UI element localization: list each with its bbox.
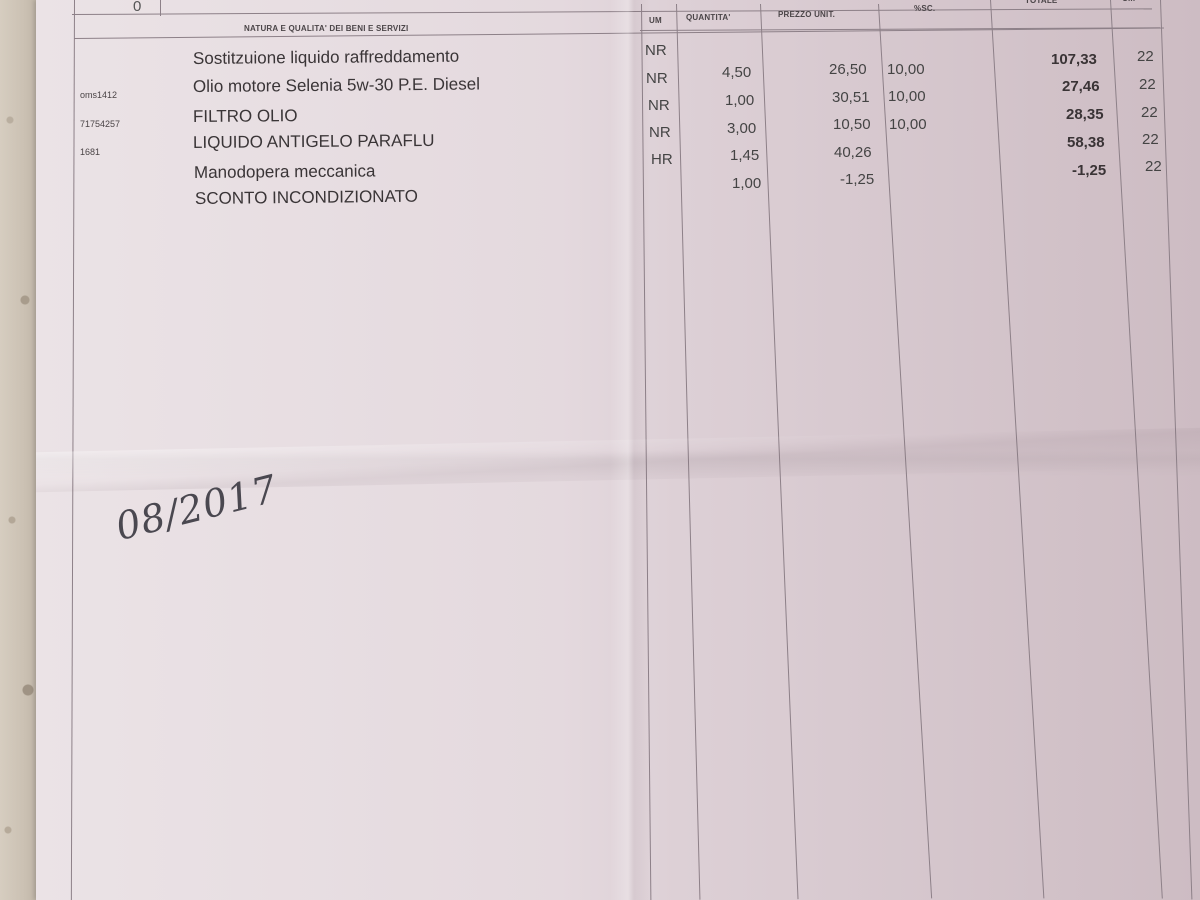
- row-2-code: 71754257: [80, 119, 120, 129]
- row-4-total: -1,25: [1072, 162, 1106, 179]
- row-2-discount: 10,00: [888, 88, 926, 105]
- header-discount: %SC.: [914, 4, 935, 13]
- row-0-um: NR: [645, 42, 667, 59]
- row-3-vat: 22: [1142, 131, 1159, 148]
- row-5-unit-price: -1,25: [840, 171, 874, 188]
- row-1-discount: 10,00: [887, 61, 925, 78]
- row-3-quantity: 3,00: [727, 120, 756, 137]
- row-3-description: LIQUIDO ANTIGELO PARAFLU: [193, 131, 435, 153]
- row-2-description: FILTRO OLIO: [193, 106, 298, 127]
- header-vat: C.I.: [1122, 0, 1135, 3]
- row-1-um: NR: [646, 70, 668, 87]
- table-surface-background: [0, 0, 40, 900]
- header-description: NATURA E QUALITA' DEI BENI E SERVIZI: [244, 24, 408, 33]
- row-5-quantity: 1,00: [732, 175, 761, 192]
- row-4-um: HR: [651, 151, 673, 168]
- row-4-vat: 22: [1145, 158, 1162, 175]
- row-0-total: 107,33: [1051, 51, 1097, 68]
- top-cell-divider: [160, 0, 161, 16]
- row-2-unit-price: 30,51: [832, 89, 870, 106]
- row-1-vat: 22: [1139, 76, 1156, 93]
- row-1-unit-price: 26,50: [829, 61, 867, 78]
- row-3-unit-price: 10,50: [833, 116, 871, 133]
- row-3-um: NR: [649, 124, 671, 141]
- row-4-description: Manodopera meccanica: [194, 161, 376, 183]
- row-1-description: Olio motore Selenia 5w-30 P.E. Diesel: [193, 74, 480, 97]
- row-4-quantity: 1,45: [730, 147, 759, 164]
- row-3-code: 1681: [80, 147, 100, 157]
- row-2-quantity: 1,00: [725, 92, 754, 109]
- row-2-total: 28,35: [1066, 106, 1104, 123]
- top-cell-value: 0: [133, 0, 141, 15]
- row-2-vat: 22: [1141, 104, 1158, 121]
- row-4-unit-price: 40,26: [834, 144, 872, 161]
- row-3-total: 58,38: [1067, 134, 1105, 151]
- header-unit-price: PREZZO UNIT.: [778, 10, 835, 19]
- header-quantity: QUANTITA': [686, 13, 730, 22]
- row-3-discount: 10,00: [889, 116, 927, 133]
- header-total: TOTALE: [1025, 0, 1057, 5]
- header-um: UM: [649, 16, 662, 25]
- row-2-um: NR: [648, 97, 670, 114]
- row-1-total: 27,46: [1062, 78, 1100, 95]
- row-0-description: Sostitzuione liquido raffreddamento: [193, 47, 459, 69]
- row-5-description: SCONTO INCONDIZIONATO: [195, 187, 418, 209]
- row-1-quantity: 4,50: [722, 64, 751, 81]
- row-1-code: oms1412: [80, 90, 117, 100]
- row-0-vat: 22: [1137, 48, 1154, 65]
